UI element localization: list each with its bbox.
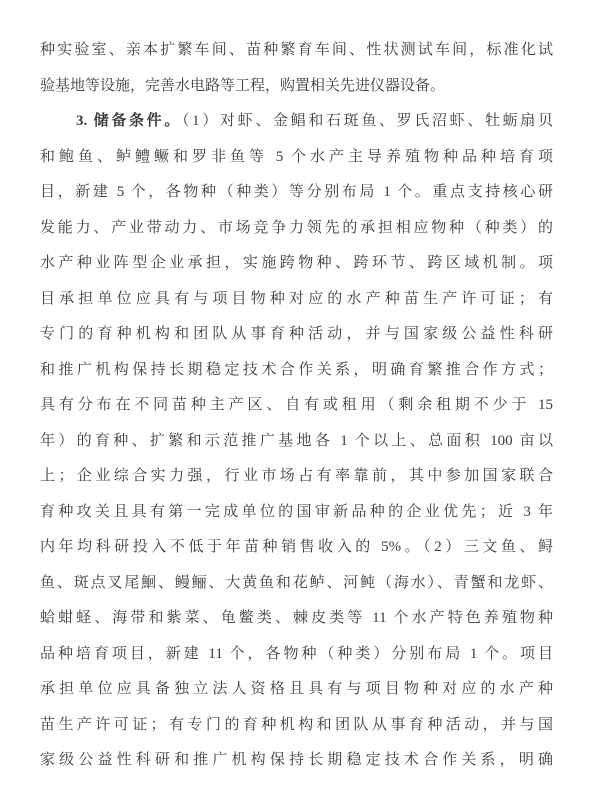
text-line-14: 育种攻关且具有第一完成单位的国审新品种的企业优先；近 3 年 (40, 495, 553, 531)
text-column: 种实验室、亲本扩繁车间、苗种繁育车间、性状测试车间，标准化试 验基地等设施，完善… (40, 33, 553, 779)
text-line-12: 年）的育种、扩繁和示范推广基地各 1 个以上、总面积 100 亩以 (40, 424, 553, 460)
text-line-9: 专门的育种机构和团队从事育种活动，并与国家级公益性科研 (40, 317, 553, 353)
text-line-11: 具有分布在不同苗种主产区、自有或租用（剩余租期不少于 15 (40, 388, 553, 424)
text-line-13: 上；企业综合实力强，行业市场占有率靠前，其中参加国家联合 (40, 459, 553, 495)
text-line-21: 家级公益性科研和推广机构保持长期稳定技术合作关系，明确 (40, 743, 553, 779)
text-line-1: 种实验室、亲本扩繁车间、苗种繁育车间、性状测试车间，标准化试 (40, 33, 553, 69)
text-line-20: 苗生产许可证；有专门的育种机构和团队从事育种活动，并与国 (40, 708, 553, 744)
text-line-19: 承担单位应具备独立法人资格且具有与项目物种对应的水产种 (40, 672, 553, 708)
text-line-7: 水产种业阵型企业承担，实施跨物种、跨环节、跨区域机制。项 (40, 246, 553, 282)
text-line-2: 验基地等设施，完善水电路等工程，购置相关先进仪器设备。 (40, 69, 553, 105)
document-page: 种实验室、亲本扩繁车间、苗种繁育车间、性状测试车间，标准化试 验基地等设施，完善… (0, 0, 607, 787)
text-line-8: 目承担单位应具有与项目物种对应的水产种苗生产许可证；有 (40, 282, 553, 318)
text-line-16: 鱼、斑点叉尾鮰、鳗鲡、大黄鱼和花鲈、河鲀（海水）、青蟹和龙虾、 (40, 566, 553, 602)
text-line-18: 品种培育项目，新建 11 个，各物种（种类）分别布局 1 个。项目 (40, 637, 553, 673)
text-line-3-rest: （1）对虾、金鲳和石斑鱼、罗氏沼虾、牡蛎扇贝 (182, 113, 553, 129)
text-line-10: 和推广机构保持长期稳定技术合作关系，明确育繁推合作方式； (40, 353, 553, 389)
text-line-6: 发能力、产业带动力、市场竞争力领先的承担相应物种（种类）的 (40, 211, 553, 247)
text-line-15: 内年均科研投入不低于年苗种销售收入的 5%。（2）三文鱼、鲟 (40, 530, 553, 566)
text-line-17: 蛤蚶蛏、海带和紫菜、龟鳖类、棘皮类等 11 个水产特色养殖物种 (40, 601, 553, 637)
text-line-3: 3. 储备条件。（1）对虾、金鲳和石斑鱼、罗氏沼虾、牡蛎扇贝 (40, 104, 553, 140)
text-line-5: 目，新建 5 个，各物种（种类）等分别布局 1 个。重点支持核心研 (40, 175, 553, 211)
section-heading: 3. 储备条件。 (76, 113, 182, 129)
text-line-4: 和鲍鱼、鲈鳢鳜和罗非鱼等 5 个水产主导养殖物种品种培育项 (40, 140, 553, 176)
